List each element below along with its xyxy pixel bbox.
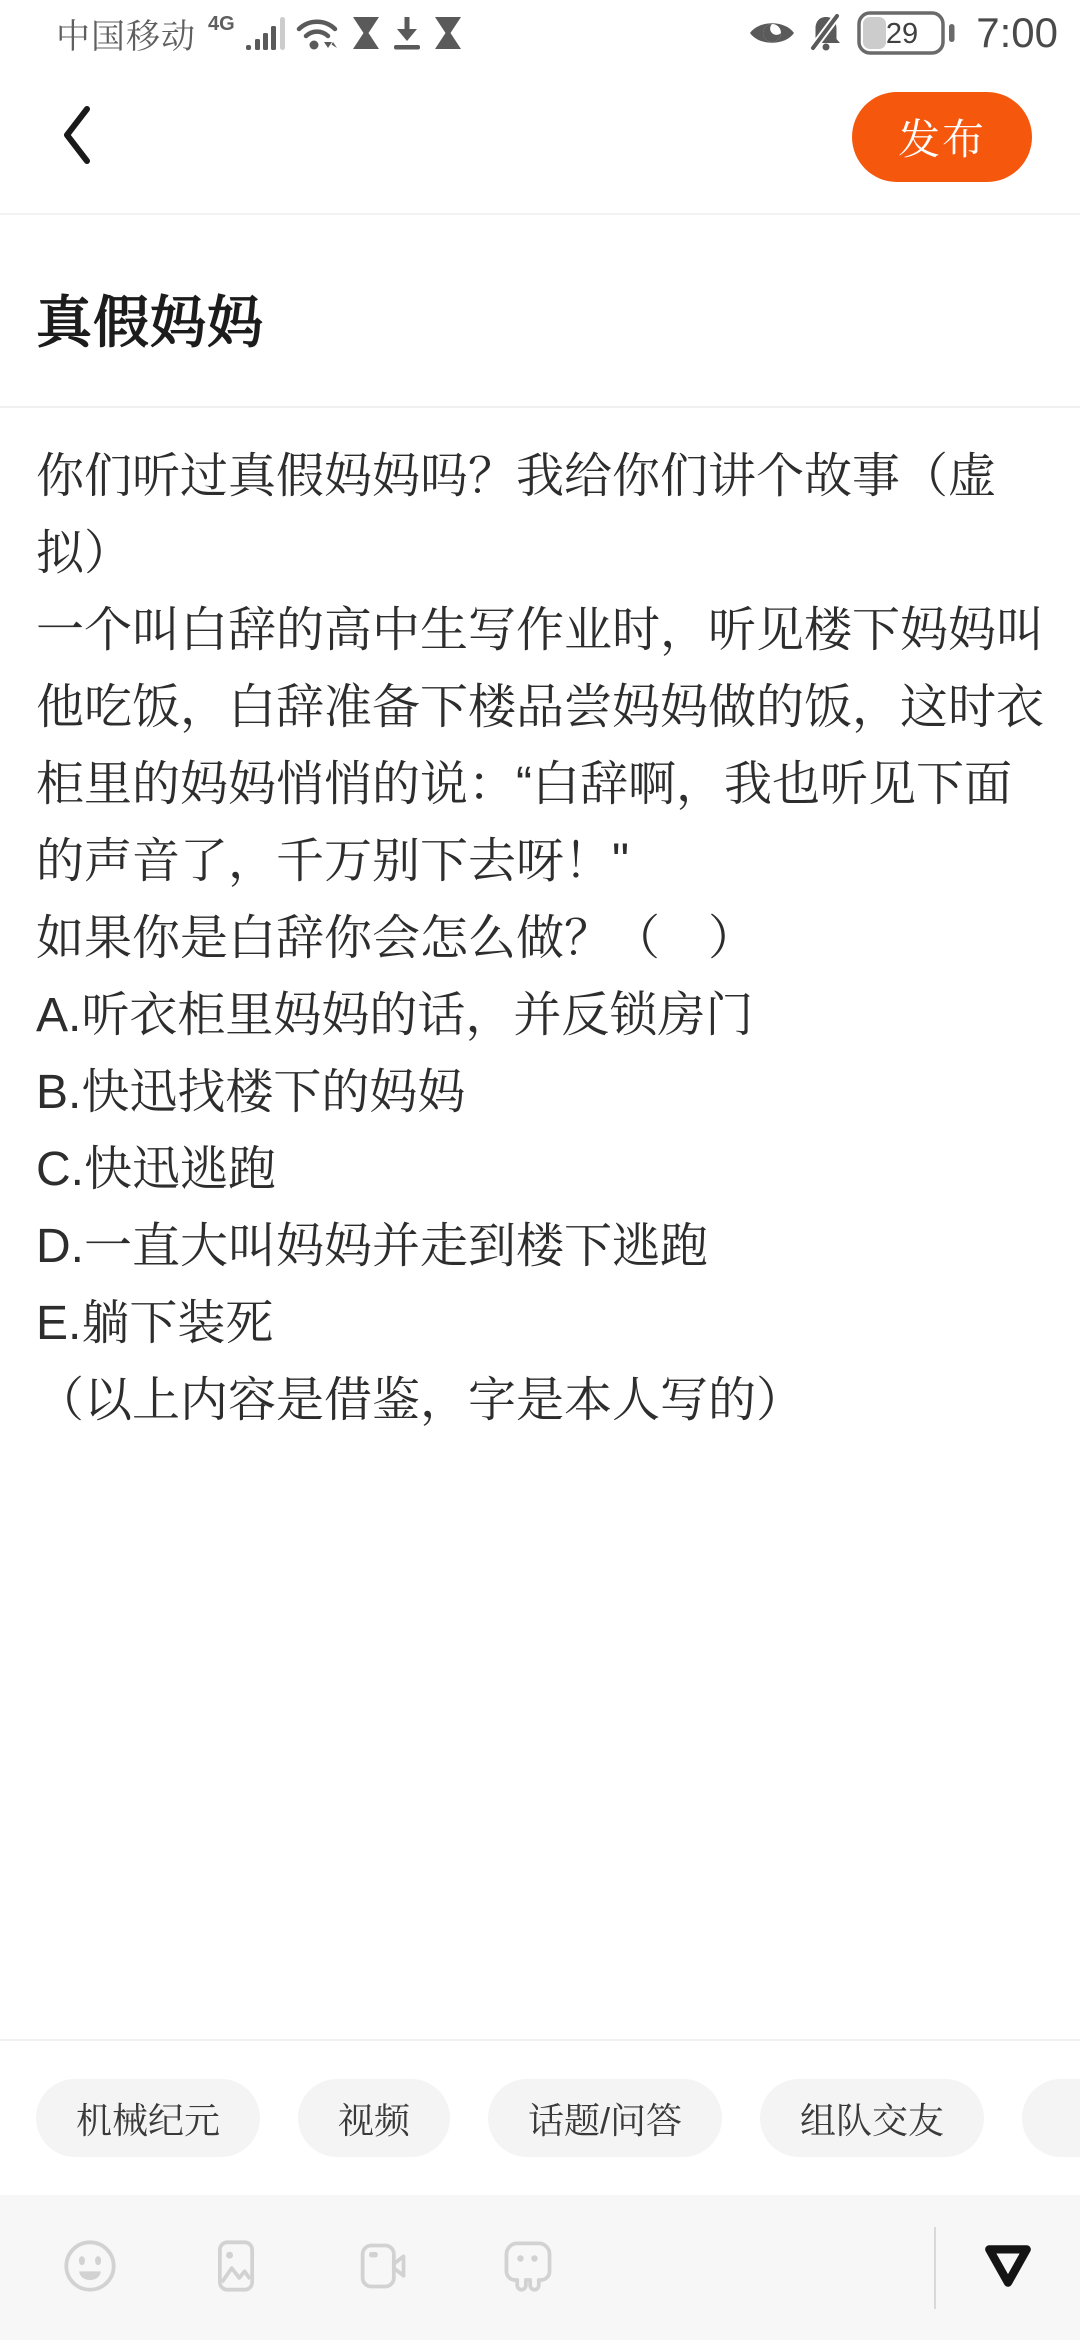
wifi-icon bbox=[295, 14, 341, 52]
triangle-down-icon bbox=[981, 2242, 1035, 2293]
carrier-label: 中国移动 bbox=[56, 9, 196, 58]
tag-chip-topic-qa[interactable]: 话题/问答 bbox=[488, 2079, 722, 2157]
tag-chip-video[interactable]: 视频 bbox=[298, 2079, 450, 2157]
body-editor[interactable]: 你们听过真假妈妈吗？我给你们讲个故事（虚拟） 一个叫白辞的高中生写作业时，听见楼… bbox=[0, 408, 1080, 2039]
battery-icon: 29 bbox=[856, 9, 956, 57]
hourglass-icon bbox=[433, 15, 463, 51]
tag-chips-row: 机械纪元 视频 话题/问答 组队交友 bbox=[0, 2039, 1080, 2195]
tag-chip-team-friends[interactable]: 组队交友 bbox=[760, 2079, 984, 2157]
video-icon bbox=[354, 2238, 410, 2297]
signal-bars-icon bbox=[245, 15, 285, 51]
back-button[interactable] bbox=[52, 96, 102, 177]
game-controller-icon bbox=[500, 2238, 556, 2297]
image-icon bbox=[208, 2238, 264, 2297]
chevron-left-icon bbox=[60, 104, 94, 169]
network-type-label: 4G bbox=[208, 13, 235, 36]
tag-chip-label: 视频 bbox=[338, 2093, 410, 2144]
download-icon bbox=[391, 15, 423, 51]
insert-game-button[interactable] bbox=[496, 2234, 560, 2301]
status-bar-right: 29 7:00 bbox=[748, 9, 1058, 57]
battery-percent-label: 29 bbox=[886, 18, 918, 50]
tag-chip-label: 组队交友 bbox=[800, 2093, 944, 2144]
eye-protection-icon bbox=[748, 17, 796, 49]
hourglass-icon bbox=[351, 15, 381, 51]
nav-bar: 发布 bbox=[0, 60, 1080, 215]
insert-video-button[interactable] bbox=[350, 2234, 414, 2301]
emoji-icon bbox=[62, 2238, 118, 2297]
notifications-off-icon bbox=[806, 13, 846, 53]
post-title-text: 真假妈妈 bbox=[36, 279, 264, 359]
insert-image-button[interactable] bbox=[204, 2234, 268, 2301]
publish-button[interactable]: 发布 bbox=[852, 92, 1032, 182]
tag-chip-partial[interactable] bbox=[1022, 2079, 1080, 2157]
clock-label: 7:00 bbox=[976, 9, 1058, 57]
toolbar-icons bbox=[58, 2234, 560, 2301]
compose-post-screen: 中国移动 4G bbox=[0, 0, 1080, 2340]
tag-chip-label: 话题/问答 bbox=[528, 2093, 682, 2144]
title-input[interactable]: 真假妈妈 bbox=[0, 215, 1080, 408]
tag-chip-label: 机械纪元 bbox=[76, 2093, 220, 2144]
status-bar-left: 中国移动 4G bbox=[56, 9, 463, 58]
emoji-button[interactable] bbox=[58, 2234, 122, 2301]
status-bar: 中国移动 4G bbox=[0, 0, 1080, 60]
tag-chip-jixiejiyuan[interactable]: 机械纪元 bbox=[36, 2079, 260, 2157]
collapse-keyboard-button[interactable] bbox=[936, 2242, 1080, 2293]
editor-toolbar bbox=[0, 2195, 1080, 2340]
